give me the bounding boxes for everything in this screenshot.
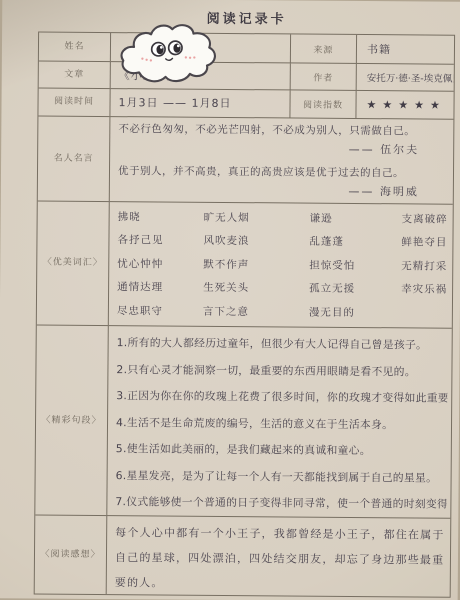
vocab-word: 漫无目的 <box>309 301 401 325</box>
article-row: 文章 《小王子》 作者 安托万·德·圣-埃克佩里 <box>39 61 454 91</box>
thoughts-row: 〈阅读感想〉 每个人心中都有一个小王子，我都曾经是小王子，都住在属于自己的星球，… <box>35 514 451 596</box>
vocab-word: 言下之意 <box>203 300 309 324</box>
page-title: 阅读记录卡 <box>38 6 455 28</box>
vocab-word: 担惊受怕 <box>309 254 401 278</box>
vocab-word: 谦逊 <box>310 207 402 231</box>
sentences-label: 〈精彩句段〉 <box>35 325 108 515</box>
vocab-word: 乱蓬蓬 <box>309 231 401 255</box>
photo-background: 阅读记录卡 姓名 来源 书籍 文章 《小王子》 作者 安托万·德·圣-埃克佩里 … <box>0 0 460 600</box>
time-row: 阅读时间 1月3日 —— 1月8日 阅读指数 ★★★★★ <box>38 87 453 118</box>
sentence-item: 1.所有的大人都经历过童年，但很少有大人记得自己曾是孩子。 <box>117 330 448 359</box>
sentence-item: 2.只有心灵才能洞察一切，最重要的东西用眼睛是看不见的。 <box>116 357 447 386</box>
vocab-word: 风吹麦浪 <box>203 230 309 254</box>
source-label: 来源 <box>291 34 357 63</box>
vocab-word: 支离破碎 <box>402 208 449 232</box>
vocab-word: 幸灾乐祸 <box>401 278 448 302</box>
name-row: 姓名 来源 书籍 <box>39 32 454 64</box>
vocab-word: 尽忠职守 <box>117 300 203 324</box>
name-label: 姓名 <box>39 32 111 61</box>
vocab-word: 旷无人烟 <box>204 206 310 230</box>
vocab-word: 忧心忡忡 <box>117 253 203 277</box>
author-value: 安托万·德·圣-埃克佩里 <box>357 64 454 90</box>
sentence-item: 7.仪式能够使一个普通的日子变得非同寻常，使一个普通的时刻变得非同寻常。 <box>115 489 446 518</box>
time-value: 1月3日 —— 1月8日 <box>110 89 290 117</box>
time-label: 阅读时间 <box>38 88 110 115</box>
sentence-item: 6.星星发亮，是为了让每一个人有一天都能找到属于自己的星星。 <box>116 463 447 492</box>
star-rating: ★★★★★ <box>356 91 453 118</box>
vocab-word: 各抒己见 <box>117 229 203 253</box>
vocab-grid: 拂晓 旷无人烟 谦逊 支离破碎 各抒己见 风吹麦浪 乱蓬蓬 鲜艳夺目 忧心忡忡 … <box>109 202 453 328</box>
author-label: 作者 <box>291 64 357 90</box>
sentences-row: 〈精彩句段〉 1.所有的大人都经历过童年，但很少有大人记得自己曾是孩子。 2.只… <box>35 324 451 517</box>
cloud-sticker-icon <box>116 19 223 86</box>
vocab-word: 孤立无援 <box>309 278 401 302</box>
quotes-row: 名人名言 不必行色匆匆，不必光芒四射，不必成为别人，只需做自己。 —— 伍尔夫 … <box>38 115 454 203</box>
thoughts-label: 〈阅读感想〉 <box>35 515 108 594</box>
index-label: 阅读指数 <box>290 90 356 117</box>
thoughts-text: 每个人心中都有一个小王子，我都曾经是小王子，都住在属于自己的星球，四处漂泊，四处… <box>107 516 451 597</box>
sentence-item: 4.生活不是生命荒废的编号，生活的意义在于生活本身。 <box>116 410 447 439</box>
article-label: 文章 <box>39 62 111 88</box>
vocab-word: 生死关头 <box>203 277 309 301</box>
vocab-word: 默不作声 <box>203 253 309 277</box>
quote-author: —— 伍尔夫 <box>118 136 449 164</box>
source-value: 书籍 <box>357 35 454 64</box>
quotes-label: 名人名言 <box>38 116 111 201</box>
vocab-label: 〈优美词汇〉 <box>37 201 110 325</box>
sentences-content: 1.所有的大人都经历过童年，但很少有大人记得自己曾是孩子。 2.只有心灵才能洞察… <box>107 326 451 518</box>
vocab-word: 无精打采 <box>401 255 448 279</box>
quote-item: 优于别人，并不高贵，真正的高贵应该是优于过去的自己。 —— 海明威 <box>118 163 449 204</box>
quote-author: —— 海明威 <box>118 178 449 204</box>
paper-sheet: 阅读记录卡 姓名 来源 书籍 文章 《小王子》 作者 安托万·德·圣-埃克佩里 … <box>0 0 460 600</box>
vocab-word: 拂晓 <box>118 206 204 230</box>
quote-text: 优于别人，并不高贵，真正的高贵应该是优于过去的自己。 <box>118 163 449 181</box>
quotes-content: 不必行色匆匆，不必光芒四射，不必成为别人，只需做自己。 —— 伍尔夫 优于别人，… <box>110 117 454 204</box>
sentence-item: 3.正因为你在你的玫瑰上花费了很多时间，你的玫瑰才变得如此重要。 <box>116 383 447 412</box>
sentence-item: 5.使生活如此美丽的，是我们藏起来的真诚和童心。 <box>116 436 447 465</box>
quote-text: 不必行色匆匆，不必光芒四射，不必成为别人，只需做自己。 <box>118 121 449 139</box>
quote-item: 不必行色匆匆，不必光芒四射，不必成为别人，只需做自己。 —— 伍尔夫 <box>118 121 449 164</box>
vocab-word: 鲜艳夺目 <box>401 231 448 255</box>
record-table: 姓名 来源 书籍 文章 《小王子》 作者 安托万·德·圣-埃克佩里 阅读时间 1… <box>34 31 455 597</box>
vocab-row: 〈优美词汇〉 拂晓 旷无人烟 谦逊 支离破碎 各抒己见 风吹麦浪 乱蓬蓬 鲜艳夺… <box>37 200 453 328</box>
vocab-word: 通情达理 <box>117 276 203 300</box>
